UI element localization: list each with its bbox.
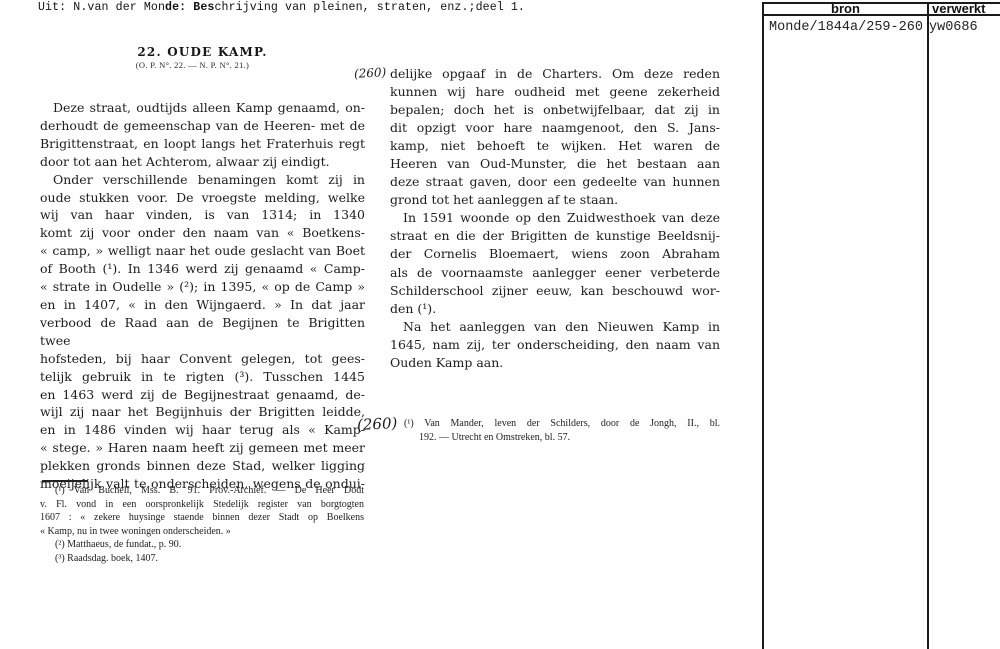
text-line: 1645, nam zij, ter onderscheiding, den n…: [390, 336, 720, 354]
text-line: telijk gebruik in te rigten (³). Tussche…: [40, 368, 365, 386]
scanned-document-page: Uit: N.van der Monde: Beschrijving van p…: [0, 0, 1000, 649]
text-line: als de voornaamste aanlegger eener verbe…: [390, 264, 720, 282]
text-line: « stege. » Haren naam heeft zij gemeen m…: [40, 439, 365, 457]
text-line: delijke opgaaf in de Charters. Om deze r…: [390, 65, 720, 83]
text-line: (¹) Van Buchell, Mss. B. 91. Prov.-Archi…: [40, 484, 364, 498]
source-code-value: Monde/1844a/259-260: [769, 20, 923, 35]
text-line: en in 1407, « in den Wijngaerd. » In dat…: [40, 296, 365, 314]
left-text-column: Deze straat, oudtijds alleen Kamp genaam…: [40, 99, 365, 493]
text-line: derhoudt de gemeenschap van de Heeren- m…: [40, 117, 365, 135]
right-text-column: delijke opgaaf in de Charters. Om deze r…: [390, 65, 720, 372]
catalog-table-middle-rule: [927, 2, 929, 649]
text-line: der Cornelis Bloemaert, wiens zoon Abrah…: [390, 245, 720, 263]
text-line: « Kamp, nu in twee woningen onderscheide…: [40, 525, 364, 539]
text-line: wijl zij naar het Begijnhuis der Brigitt…: [40, 403, 365, 421]
citation-text-overstruck: de: Bes: [165, 1, 214, 14]
citation-text-prefix: Uit: N.van der Mon: [38, 1, 165, 14]
text-line: deze straat gaven, door een gedeelte van…: [390, 173, 720, 191]
footnote-separator-rule: [42, 480, 88, 482]
article-title: 22. OUDE KAMP.: [40, 45, 365, 59]
text-line: plekken gronds binnen deze Stad, welker …: [40, 457, 365, 475]
text-line: Onder verschillende benamingen komt zij …: [40, 171, 365, 189]
text-line: Brigittenstraat, en loopt langs het Frat…: [40, 135, 365, 153]
citation-text-suffix: chrijving van pleinen, straten, enz.;dee…: [214, 1, 525, 14]
text-line: hofsteden, bij haar Convent gelegen, tot…: [40, 350, 365, 368]
text-line: « camp, » welligt naar het oude geslacht…: [40, 242, 365, 260]
text-line: komt zij voor onder den naam van « Boetk…: [40, 224, 365, 242]
text-line: dit opzigt voor hare naamgenoot, den S. …: [390, 119, 720, 137]
handwritten-page-number-top: (260): [354, 65, 387, 81]
text-line: en in 1486 vinden wij haar terug als « K…: [40, 421, 365, 439]
text-line: (²) Matthaeus, de fundat., p. 90.: [40, 538, 364, 552]
text-line: en 1463 werd zij de Begijnestraat genaam…: [40, 386, 365, 404]
text-line: Heeren van Oud-Munster, die het bestaan …: [390, 155, 720, 173]
text-line: kunnen wij hare oudheid met geene zekerh…: [390, 83, 720, 101]
processed-code-value: yw0686: [929, 20, 978, 35]
text-line: v. Fl. vond in een oorspronkelijk Stedel…: [40, 498, 364, 512]
text-line: Na het aanleggen van den Nieuwen Kamp in: [390, 318, 720, 336]
text-line: wij van haar vinden, is van 1314; in 134…: [40, 206, 365, 224]
text-line: den (¹).: [390, 300, 720, 318]
bron-column-header: bron: [764, 1, 927, 16]
text-line: Ouden Kamp aan.: [390, 354, 720, 372]
text-line: of Booth (¹). In 1346 werd zij genaamd «…: [40, 260, 365, 278]
right-footnote-block: (¹) Van Mander, leven der Schilders, doo…: [404, 417, 720, 445]
text-line: straat en die der Brigitten de kunstige …: [390, 227, 720, 245]
handwritten-page-number-bottom: (260): [357, 414, 398, 434]
text-line: 1607 : « zekere huysinge staende binnen …: [40, 511, 364, 525]
text-line: bepalen; doch het is onbetwijfelbaar, da…: [390, 101, 720, 119]
text-line: oude stukken voor. De vroegste melding, …: [40, 189, 365, 207]
text-line: grond tot het aanleggen af te staan.: [390, 191, 720, 209]
article-subtitle: (O. P. N°. 22. — N. P. N°. 21.): [30, 60, 355, 70]
left-footnotes-block: (¹) Van Buchell, Mss. B. 91. Prov.-Archi…: [40, 484, 364, 566]
text-line: Deze straat, oudtijds alleen Kamp genaam…: [40, 99, 365, 117]
source-citation-line: Uit: N.van der Monde: Beschrijving van p…: [38, 1, 525, 14]
verwerkt-column-header: verwerkt: [932, 1, 985, 16]
text-line: 192. — Utrecht en Omstreken, bl. 57.: [404, 431, 720, 445]
text-line: door tot aan het Achterom, alwaar zij ei…: [40, 153, 365, 171]
catalog-table-left-rule: [762, 2, 764, 649]
text-line: verbood de Raad aan de Begijnen te Brigi…: [40, 314, 365, 350]
text-line: (³) Raadsdag. boek, 1407.: [40, 552, 364, 566]
text-line: In 1591 woonde op den Zuidwesthoek van d…: [390, 209, 720, 227]
text-line: (¹) Van Mander, leven der Schilders, doo…: [404, 417, 720, 431]
text-line: « strate in Oudelle » (²); in 1395, « op…: [40, 278, 365, 296]
text-line: kamp, niet behoeft te wijken. Het waren …: [390, 137, 720, 155]
text-line: Schilderschool zijner eeuw, kan beschouw…: [390, 282, 720, 300]
